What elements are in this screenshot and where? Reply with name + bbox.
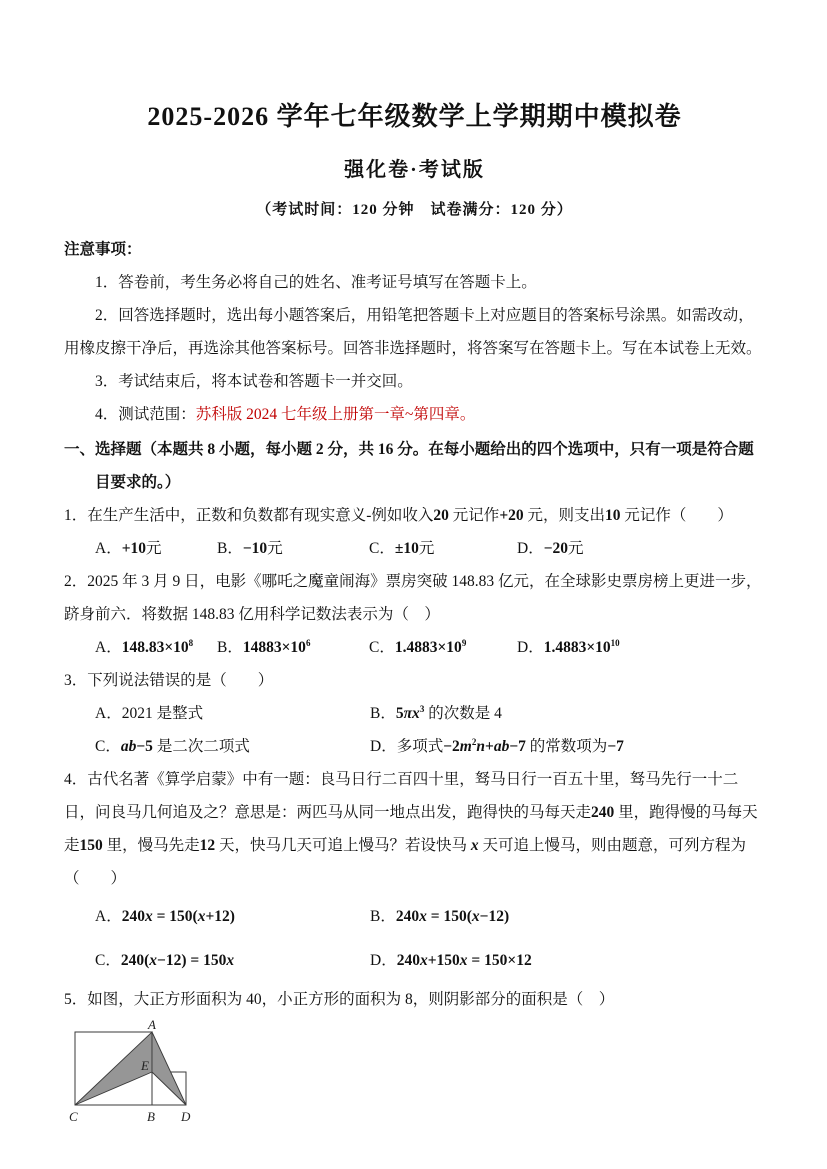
notice-item-1: 1．答卷前，考生务必将自己的姓名、准考证号填写在答题卡上。: [64, 266, 765, 299]
notice-item-3: 3．考试结束后，将本试卷和答题卡一并交回。: [64, 365, 765, 398]
question-4: 4．古代名著《算学启蒙》中有一题：良马日行二百四十里，驽马日行一百五十里，驽马先…: [64, 763, 765, 983]
question-3-option-b: B．5πx3 的次数是 4: [370, 697, 765, 730]
question-3-option-a: A．2021 是整式: [95, 697, 370, 730]
question-4-option-a: A．240x = 150(x+12): [95, 895, 370, 939]
question-4-option-d: D．240x+150x = 150×12: [370, 939, 765, 983]
question-3: 3．下列说法错误的是（ ） A．2021 是整式 B．5πx3 的次数是 4 C…: [64, 664, 765, 763]
question-2-options: A．148.83×108 B．14883×106 C．1.4883×109 D．…: [95, 631, 765, 664]
question-3-stem: 3．下列说法错误的是（ ）: [64, 664, 765, 697]
exam-paper-page: 2025-2026 学年七年级数学上学期期中模拟卷 强化卷·考试版 （考试时间：…: [0, 0, 827, 1169]
question-2-stem: 2．2025 年 3 月 9 日，电影《哪吒之魔童闹海》票房突破 148.83 …: [64, 565, 765, 631]
squares-shaded-figure: A E C B D: [68, 1020, 203, 1128]
question-5-figure: A E C B D: [68, 1020, 765, 1140]
question-5: 5．如图，大正方形面积为 40，小正方形的面积为 8，则阴影部分的面积是（ ） …: [64, 983, 765, 1140]
notice-item-4: 4．测试范围：苏科版 2024 七年级上册第一章~第四章。: [64, 398, 765, 431]
question-1-option-b: B．−10元: [217, 532, 369, 565]
question-2: 2．2025 年 3 月 9 日，电影《哪吒之魔童闹海》票房突破 148.83 …: [64, 565, 765, 664]
figure-label-a: A: [147, 1020, 156, 1032]
question-3-option-c: C．ab−5 是二次二项式: [95, 730, 370, 763]
question-5-stem: 5．如图，大正方形面积为 40，小正方形的面积为 8，则阴影部分的面积是（ ）: [64, 983, 765, 1016]
page-title: 2025-2026 学年七年级数学上学期期中模拟卷: [64, 96, 765, 133]
question-2-option-d: D．1.4883×1010: [517, 631, 765, 664]
question-4-option-b: B．240x = 150(x−12): [370, 895, 765, 939]
figure-label-c: C: [69, 1109, 78, 1124]
figure-label-b: B: [147, 1109, 155, 1124]
section-1-heading: 一、选择题（本题共 8 小题，每小题 2 分，共 16 分。在每小题给出的四个选…: [64, 433, 765, 499]
shaded-triangle-aed: [152, 1032, 186, 1105]
notice-item-2: 2．回答选择题时，选出每小题答案后，用铅笔把答题卡上对应题目的答案标号涂黑。如需…: [64, 299, 765, 365]
notices-label: 注意事项：: [64, 233, 765, 266]
question-1: 1．在生产生活中，正数和负数都有现实意义-例如收入20 元记作+20 元，则支出…: [64, 499, 765, 565]
figure-label-e: E: [140, 1058, 149, 1073]
notice-item-4-scope: 苏科版 2024 七年级上册第一章~第四章。: [196, 406, 476, 423]
page-subtitle: 强化卷·考试版: [64, 153, 765, 182]
question-1-option-a: A．+10元: [95, 532, 217, 565]
question-1-option-d: D．−20元: [517, 532, 765, 565]
question-3-option-d: D．多项式−2m2n+ab−7 的常数项为−7: [370, 730, 765, 763]
question-2-option-b: B．14883×106: [217, 631, 369, 664]
question-3-options: A．2021 是整式 B．5πx3 的次数是 4 C．ab−5 是二次二项式 D…: [95, 697, 765, 763]
question-4-options: A．240x = 150(x+12) B．240x = 150(x−12) C．…: [95, 895, 765, 983]
question-1-stem: 1．在生产生活中，正数和负数都有现实意义-例如收入20 元记作+20 元，则支出…: [64, 499, 765, 532]
notice-item-4-prefix: 4．测试范围：: [95, 406, 196, 423]
question-4-option-c: C．240(x−12) = 150x: [95, 939, 370, 983]
exam-info-line: （考试时间：120 分钟 试卷满分：120 分）: [64, 198, 765, 219]
question-1-option-c: C．±10元: [369, 532, 517, 565]
question-4-stem: 4．古代名著《算学启蒙》中有一题：良马日行二百四十里，驽马日行一百五十里，驽马先…: [64, 763, 765, 895]
question-2-option-a: A．148.83×108: [95, 631, 217, 664]
figure-label-d: D: [180, 1109, 191, 1124]
notices-section: 注意事项： 1．答卷前，考生务必将自己的姓名、准考证号填写在答题卡上。 2．回答…: [64, 233, 765, 431]
question-2-option-c: C．1.4883×109: [369, 631, 517, 664]
question-1-options: A．+10元 B．−10元 C．±10元 D．−20元: [95, 532, 765, 565]
